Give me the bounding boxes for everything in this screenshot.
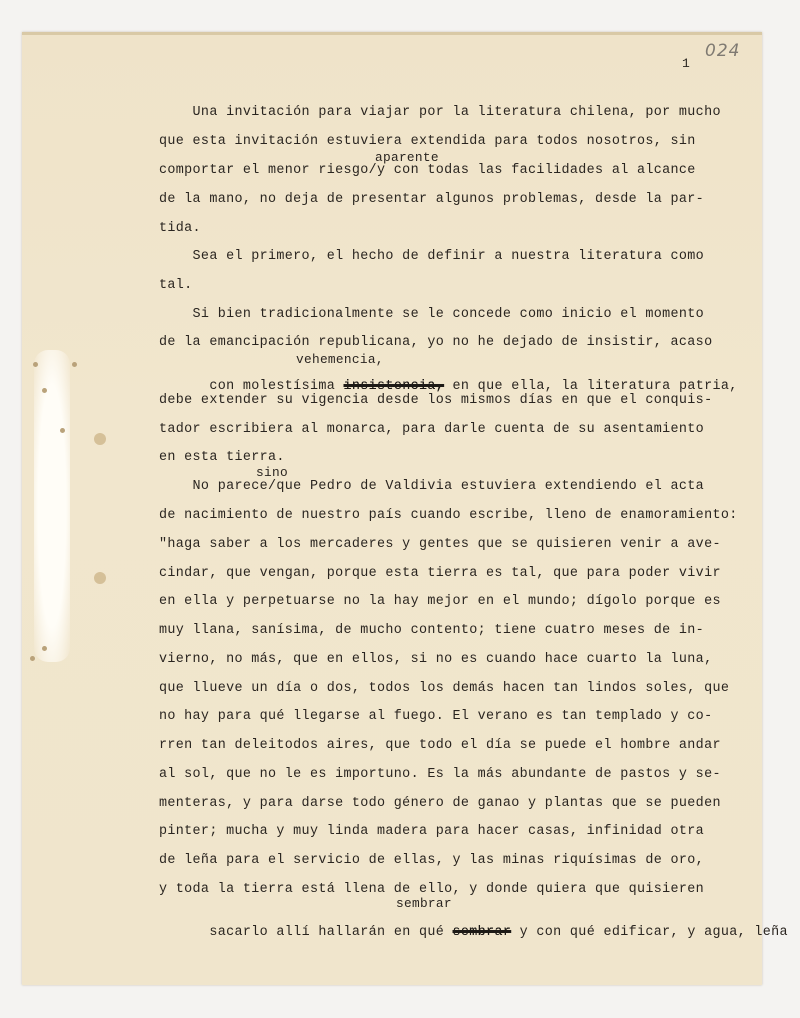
interlinear-insertion: sino xyxy=(256,465,288,480)
paper-stain xyxy=(94,433,106,445)
text-line: no hay para qué llegarse al fuego. El ve… xyxy=(159,709,712,724)
punch-mark xyxy=(72,362,77,367)
text-segment: y con qué edificar, y agua, leña xyxy=(511,925,788,940)
text-line-with-strikeout: sacarlo allí hallarán en qué sembrar y c… xyxy=(159,910,788,955)
text-line: muy llana, sanísima, de mucho contento; … xyxy=(159,623,704,638)
text-line: Una invitación para viajar por la litera… xyxy=(159,105,721,120)
text-line: de la emancipación republicana, yo no he… xyxy=(159,335,712,350)
text-line: Si bien tradicionalmente se le concede c… xyxy=(159,307,704,322)
text-line: en esta tierra. xyxy=(159,450,285,465)
text-line: comportar el menor riesgo/y con todas la… xyxy=(159,163,696,178)
punch-mark xyxy=(42,388,47,393)
text-line: "haga saber a los mercaderes y gentes qu… xyxy=(159,537,721,552)
struck-out-word: sembrar xyxy=(453,925,512,940)
text-line: y toda la tierra está llena de ello, y d… xyxy=(159,882,704,897)
text-line: debe extender su vigencia desde los mism… xyxy=(159,393,712,408)
interlinear-insertion: sembrar xyxy=(396,896,452,911)
paper-stain xyxy=(94,572,106,584)
typewritten-page: 1 024 Una invitación para viajar por la … xyxy=(22,32,762,985)
page-number: 1 xyxy=(682,56,690,71)
text-line: cindar, que vengan, porque esta tierra e… xyxy=(159,566,721,581)
text-line: tal. xyxy=(159,278,193,293)
page-edge xyxy=(22,32,762,35)
text-line: de nacimiento de nuestro país cuando esc… xyxy=(159,508,738,523)
text-line: No parece/que Pedro de Valdivia estuvier… xyxy=(159,479,704,494)
text-segment: con molestísima xyxy=(209,379,343,394)
text-line: de leña para el servicio de ellas, y las… xyxy=(159,853,704,868)
text-line: que llueve un día o dos, todos los demás… xyxy=(159,681,729,696)
struck-out-word: insistencia, xyxy=(344,379,445,394)
text-line: menteras, y para darse todo género de ga… xyxy=(159,796,721,811)
text-line: que esta invitación estuviera extendida … xyxy=(159,134,696,149)
text-line: Sea el primero, el hecho de definir a nu… xyxy=(159,249,704,264)
text-line: de la mano, no deja de presentar algunos… xyxy=(159,192,704,207)
text-segment: sacarlo allí hallarán en qué xyxy=(209,925,452,940)
text-line: rren tan deleitodos aires, que todo el d… xyxy=(159,738,721,753)
text-line: tida. xyxy=(159,221,201,236)
text-line: en ella y perpetuarse no la hay mejor en… xyxy=(159,594,721,609)
binding-strip xyxy=(34,350,70,662)
text-line: vierno, no más, que en ellos, si no es c… xyxy=(159,652,712,667)
text-line: al sol, que no le es importuno. Es la má… xyxy=(159,767,721,782)
archive-folio-number: 024 xyxy=(705,41,740,61)
punch-mark xyxy=(33,362,38,367)
punch-mark xyxy=(30,656,35,661)
text-line: tador escribiera al monarca, para darle … xyxy=(159,422,704,437)
punch-mark xyxy=(60,428,65,433)
text-segment: en que ella, la literatura patria, xyxy=(444,379,738,394)
text-line: pinter; mucha y muy linda madera para ha… xyxy=(159,824,704,839)
punch-mark xyxy=(42,646,47,651)
